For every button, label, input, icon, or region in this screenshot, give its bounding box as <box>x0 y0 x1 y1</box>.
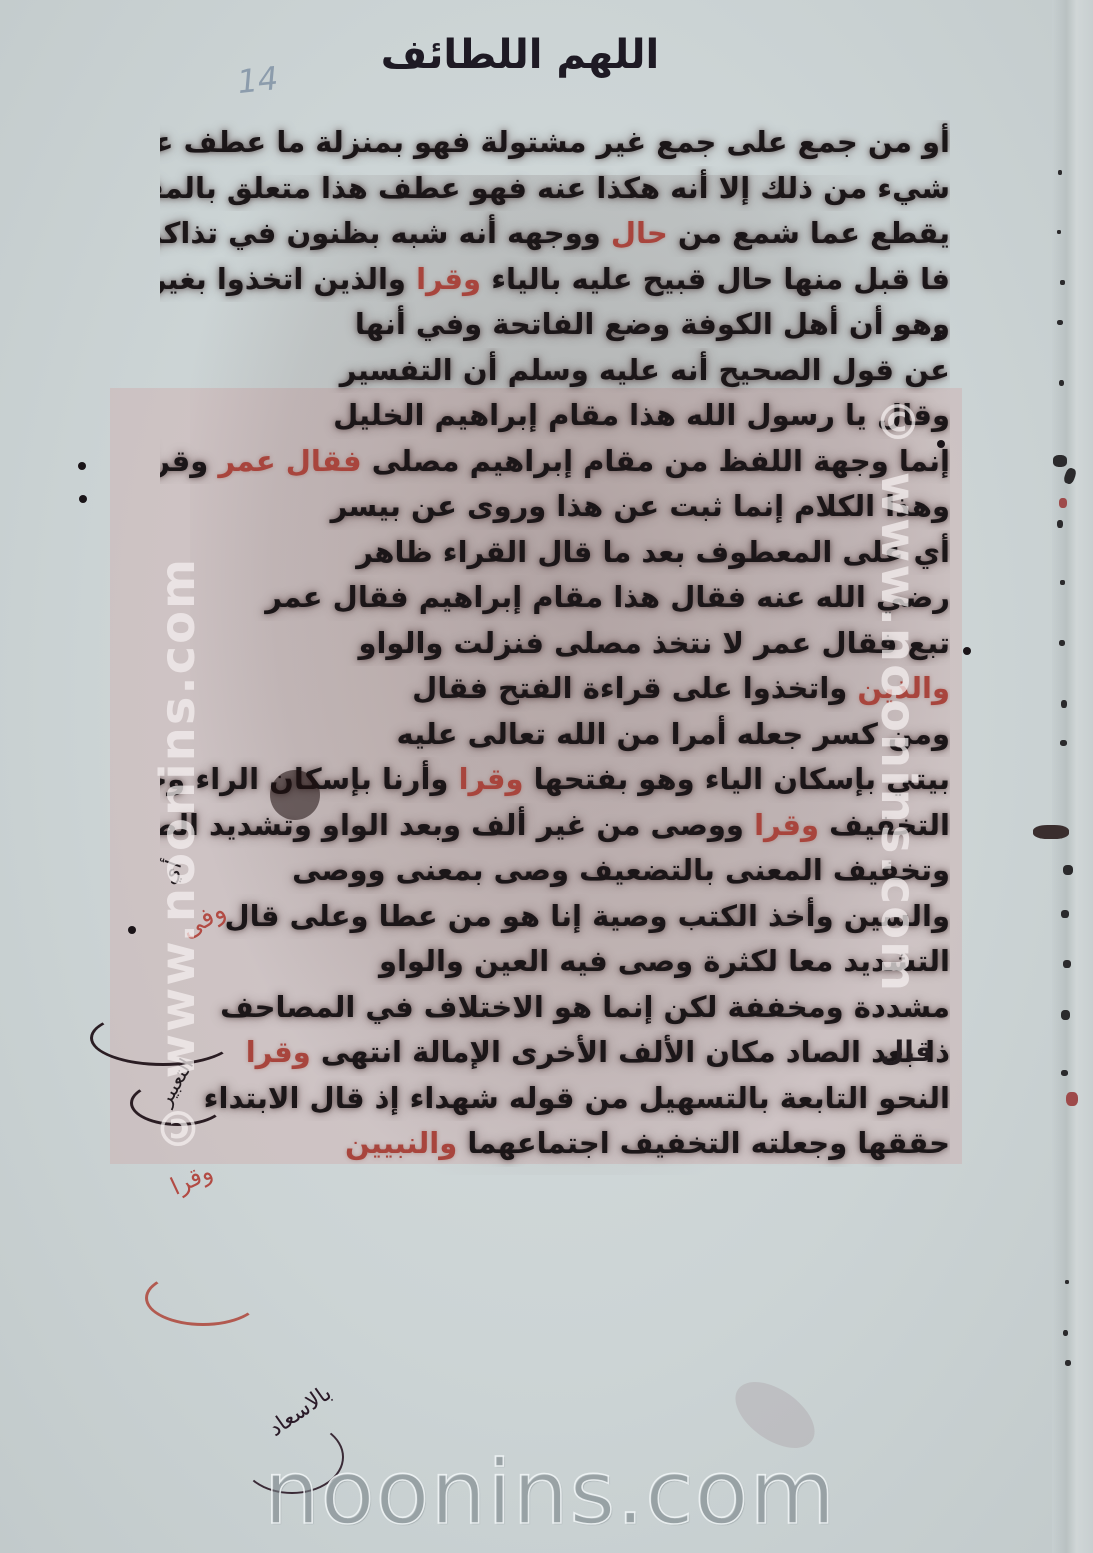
text-line: وهذا الكلام إنما ثبت عن هذا وروى عن بيسر <box>160 484 950 530</box>
page-header-title: اللهم اللطائف <box>380 20 660 90</box>
text-line: عن قول الصحيح أنه عليه وسلم أن التفسير <box>160 348 950 394</box>
text-line: والذين واتخذوا على قراءة الفتح فقال <box>160 666 950 712</box>
ink-stain <box>270 770 320 820</box>
rubric: والنبيين <box>345 1126 457 1160</box>
text-line: أو من جمع على جمع غير مشتولة فهو بمنزلة … <box>160 120 950 166</box>
watermark-right: © www.noonins.com <box>866 395 926 1155</box>
gutter-damage-specks <box>1055 80 1085 1540</box>
watermark-bottom: noonins.com <box>240 1448 860 1538</box>
text-line: رضي الله عنه فقال هذا مقام إبراهيم فقال … <box>160 575 950 621</box>
text-line: حققها وجعلته التخفيف اجتماعهما والنبيين <box>160 1121 950 1167</box>
watermark-left: © www.noonins.com <box>150 395 210 1155</box>
text-line: تبع فقال عمر لا نتخذ مصلى فنزلت والواو <box>160 621 950 667</box>
text-line: وقال يا رسول الله هذا مقام إبراهيم الخلي… <box>160 393 950 439</box>
rubric: حال <box>611 216 668 250</box>
manuscript-page: اللهم اللطائف 14 أو من جمع على جمع غير م… <box>0 0 1093 1553</box>
manuscript-text-block: أو من جمع على جمع غير مشتولة فهو بمنزلة … <box>160 120 950 1350</box>
text-line: إنما وجهة اللفظ من مقام إبراهيم مصلى فقا… <box>160 439 950 485</box>
rubric: وقرا <box>416 262 481 296</box>
text-line: ومن كسر جعله أمرا من الله تعالى عليه <box>160 712 950 758</box>
swash-stroke <box>145 1270 261 1326</box>
folio-number: 14 <box>236 57 301 113</box>
text-line: والسين وأخذ الكتب وصية إنا هو من عطا وعل… <box>160 894 950 940</box>
text-line: مشددة ومخففة لكن إنما هو الاختلاف في الم… <box>160 985 950 1031</box>
text-line: وهو أن أهل الكوفة وضع الفاتحة وفي أنها <box>160 302 950 348</box>
rubric: فقال عمر <box>218 444 361 478</box>
rubric: وقرا <box>754 808 819 842</box>
text-line: النحو التابعة بالتسهيل من قوله شهداء إذ … <box>160 1076 950 1122</box>
text-line: شيء من ذلك إلا أنه هكذا عنه فهو عطف هذا … <box>160 166 950 212</box>
text-line: يقطع عما شمع من حال ووجهه أنه شبه بظنون … <box>160 211 950 257</box>
rubric: وقرا <box>246 1035 311 1069</box>
text-line: فا قبل منها حال قبيح عليه بالياء وقرا وا… <box>160 257 950 303</box>
rubric: وقرا <box>459 762 524 796</box>
text-line: وتخفيف المعنى بالتضعيف وصى بمعنى ووصى <box>160 848 950 894</box>
text-line: أي على المعطوف بعد ما قال القراء ظاهر <box>160 530 950 576</box>
text-line: ذا بعد الصاد مكان الألف الأخرى الإمالة ا… <box>160 1030 950 1076</box>
text-line: التشديد معا لكثرة وصى فيه العين والواو <box>160 939 950 985</box>
